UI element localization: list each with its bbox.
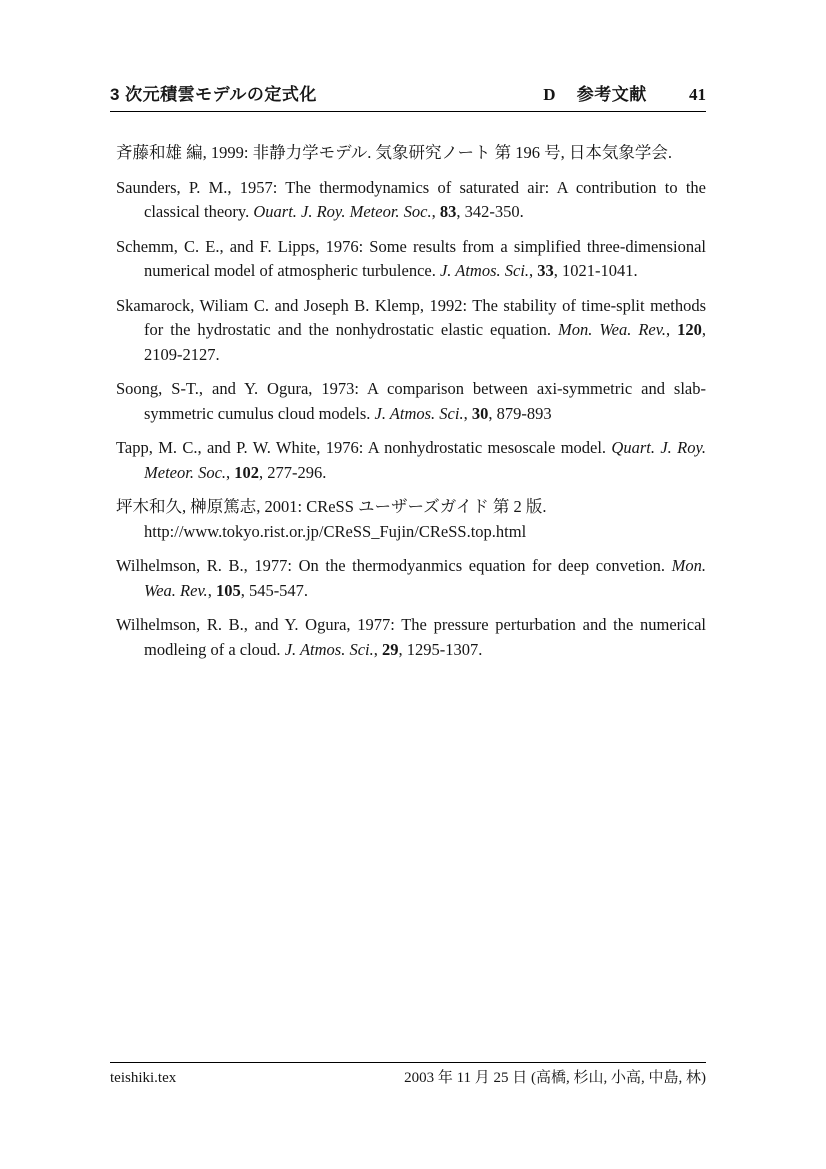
volume-number: 29	[382, 640, 399, 659]
reference-text: , 1021-1041.	[554, 261, 638, 280]
volume-number: 105	[216, 581, 241, 600]
reference-text: ,	[464, 404, 472, 423]
footer-filename: teishiki.tex	[110, 1069, 176, 1087]
journal-name: Mon. Wea. Rev.	[558, 320, 666, 339]
journal-name: J. Atmos. Sci.	[440, 261, 529, 280]
reference-entry: 坪木和久, 榊原篤志, 2001: CReSS ユーザーズガイド 第 2 版.h…	[116, 495, 706, 544]
journal-name: J. Atmos. Sci.	[285, 640, 374, 659]
volume-number: 83	[440, 202, 457, 221]
journal-name: J. Atmos. Sci.	[375, 404, 464, 423]
reference-text: Wilhelmson, R. B., 1977: On the thermody…	[116, 556, 672, 575]
page-header: 3 次元積雲モデルの定式化 D 参考文献 41	[110, 85, 706, 112]
reference-text: ,	[208, 581, 216, 600]
section-title: 3 次元積雲モデルの定式化	[110, 85, 317, 105]
document-page: 3 次元積雲モデルの定式化 D 参考文献 41 斉藤和雄 編, 1999: 非静…	[0, 0, 826, 1169]
reference-entry: Soong, S-T., and Y. Ogura, 1973: A compa…	[116, 377, 706, 426]
reference-entry: Wilhelmson, R. B., 1977: On the thermody…	[116, 554, 706, 603]
reference-text: , 1295-1307.	[399, 640, 483, 659]
reference-entry: Schemm, C. E., and F. Lipps, 1976: Some …	[116, 235, 706, 284]
reference-text: ,	[374, 640, 382, 659]
reference-text: , 277-296.	[259, 463, 326, 482]
reference-entry: 斉藤和雄 編, 1999: 非静力学モデル. 気象研究ノート 第 196 号, …	[116, 141, 706, 166]
reference-text: Tapp, M. C., and P. W. White, 1976: A no…	[116, 438, 611, 457]
volume-number: 33	[537, 261, 554, 280]
reference-entry: Saunders, P. M., 1957: The thermodynamic…	[116, 176, 706, 225]
volume-number: 30	[472, 404, 489, 423]
volume-number: 102	[234, 463, 259, 482]
reference-text: , 545-547.	[241, 581, 308, 600]
reference-entry: Tapp, M. C., and P. W. White, 1976: A no…	[116, 436, 706, 485]
reference-text: http://www.tokyo.rist.or.jp/CReSS_Fujin/…	[144, 522, 526, 541]
volume-number: 120	[677, 320, 702, 339]
page-number: 41	[689, 85, 706, 104]
reference-text: 斉藤和雄 編, 1999: 非静力学モデル. 気象研究ノート 第 196 号, …	[116, 143, 672, 162]
journal-name: Ouart. J. Roy. Meteor. Soc.	[253, 202, 431, 221]
reference-entry: Skamarock, Wiliam C. and Joseph B. Klemp…	[116, 294, 706, 368]
header-right-group: D 参考文献 41	[543, 85, 706, 105]
appendix-letter: D	[543, 85, 555, 104]
reference-entry: Wilhelmson, R. B., and Y. Ogura, 1977: T…	[116, 613, 706, 662]
reference-text: ,	[432, 202, 440, 221]
page-footer: teishiki.tex 2003 年 11 月 25 日 (高橋, 杉山, 小…	[110, 1062, 706, 1087]
references-list: 斉藤和雄 編, 1999: 非静力学モデル. 気象研究ノート 第 196 号, …	[116, 141, 706, 672]
footer-date-authors: 2003 年 11 月 25 日 (高橋, 杉山, 小高, 中島, 林)	[404, 1069, 706, 1087]
reference-text: , 879-893	[488, 404, 551, 423]
references-heading: 参考文献	[577, 85, 647, 104]
reference-text: 坪木和久, 榊原篤志, 2001: CReSS ユーザーズガイド 第 2 版.	[116, 497, 546, 516]
reference-text: ,	[666, 320, 677, 339]
reference-text: , 342-350.	[456, 202, 523, 221]
